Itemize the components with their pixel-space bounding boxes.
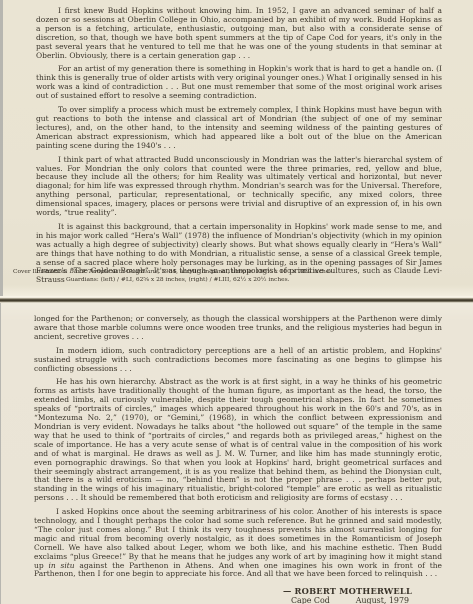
caption-artwork-title: Black Temple with Guardians (70, 269, 158, 275)
cover-illustration-caption: Cover Illustration: Black Temple with Gu… (13, 269, 453, 284)
essay-paragraph: He has his own hierarchy. Abstract as th… (34, 378, 442, 503)
closing-text-italic: in situ (48, 561, 74, 570)
closing-text-after: against the Parthenon in Athens. And whe… (34, 561, 442, 579)
scanned-document: I first knew Budd Hopkins without knowin… (0, 0, 473, 604)
essay-paragraph-closing: I asked Hopkins once about the seeming a… (34, 508, 442, 579)
essay-paragraph: I first knew Budd Hopkins without knowin… (36, 7, 442, 60)
essay-paragraph: For an artist of my generation there is … (36, 65, 442, 101)
caption-dimensions: , 1984, acrylic on panel, temple: 186½ x… (157, 269, 334, 275)
essay-paragraph-continuation: longed for the Parthenon; or conversely,… (34, 315, 442, 342)
essay-text-top: I first knew Budd Hopkins without knowin… (3, 0, 473, 285)
essay-paragraph: To over simplify a process which must be… (36, 106, 442, 151)
caption-label: Cover Illustration: (13, 269, 70, 275)
signature-block: — ROBERT MOTHERWELL Cape CodAugust, 1979 (34, 586, 442, 604)
caption-guardians-line: Guardians: (left) / #LI, 62⅝ x 28 inches… (66, 277, 453, 285)
essay-paragraph: In modern idiom, such contradictory perc… (34, 347, 442, 374)
signature-date: August, 1979 (356, 596, 409, 604)
signature-name: — ROBERT MOTHERWELL (34, 586, 412, 596)
scanned-page-top: I first knew Budd Hopkins without knowin… (3, 0, 473, 297)
signature-place-date: Cape CodAugust, 1979 (34, 596, 412, 604)
page-fold-shadow (0, 296, 473, 303)
essay-paragraph: I think part of what attracted Budd unco… (36, 156, 442, 218)
caption-line-1: Cover Illustration: Black Temple with Gu… (13, 269, 453, 277)
signature-place: Cape Cod (291, 596, 330, 604)
scanned-page-bottom: longed for the Parthenon; or conversely,… (1, 303, 473, 604)
essay-text-bottom: longed for the Parthenon; or conversely,… (1, 303, 473, 604)
